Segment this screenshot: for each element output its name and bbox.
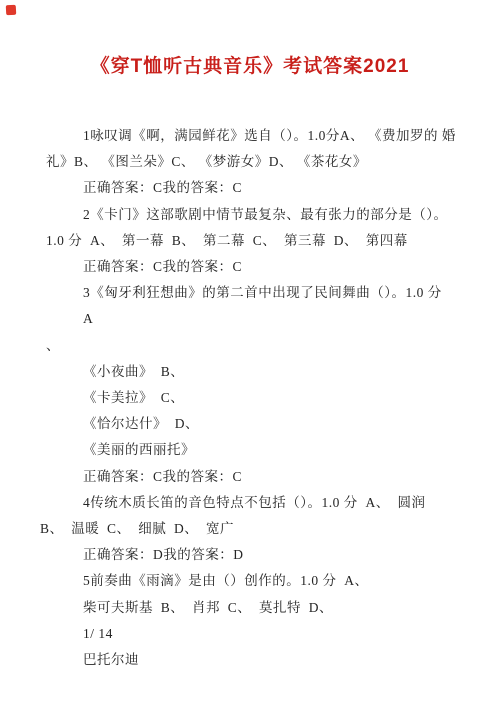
question-3-line: 3《匈牙利狂想曲》的第二首中出现了民间舞曲（）。1.0 分 A	[46, 280, 458, 332]
question-3-option-d-line: 《美丽的西丽托》	[46, 437, 458, 463]
question-4-options-line: B、 温暖 C、 细腻 D、 宽广	[40, 516, 458, 542]
question-3-wrap-line: 、	[46, 333, 458, 359]
question-1-wrap-line: 礼》B、 《图兰朵》C、 《梦游女》D、 《茶花女》	[46, 149, 458, 175]
answer-1-line: 正确答案：C我的答案：C	[46, 175, 458, 201]
document-body: 1咏叹调《啊，满园鲜花》选自（）。1.0分A、 《费加罗的 婚 礼》B、 《图兰…	[0, 123, 500, 673]
question-2-line: 2《卡门》这部歌剧中情节最复杂、最有张力的部分是（）。	[46, 202, 458, 228]
question-4-line: 4传统木质长笛的音色特点不包括（）。1.0 分 A、 圆润	[46, 490, 458, 516]
question-5-options-line: 柴可夫斯基 B、 肖邦 C、 莫扎特 D、	[46, 595, 458, 621]
page-number: 1/ 14	[46, 621, 458, 647]
question-5-option-d-text-line: 巴托尔迪	[46, 647, 458, 673]
question-3-option-b-line: 《卡美拉》 C、	[46, 385, 458, 411]
question-3-option-a-line: 《小夜曲》 B、	[46, 359, 458, 385]
question-3-option-c-line: 《恰尔达什》 D、	[46, 411, 458, 437]
document-page: 《穿T恤听古典音乐》考试答案2021 1咏叹调《啊，满园鲜花》选自（）。1.0分…	[0, 0, 500, 707]
red-corner-mark-icon	[6, 5, 17, 16]
answer-4-line: 正确答案：D我的答案：D	[46, 542, 458, 568]
answer-3-line: 正确答案：C我的答案：C	[46, 464, 458, 490]
question-5-line: 5前奏曲《雨滴》是由（）创作的。1.0 分 A、	[46, 568, 458, 594]
document-title: 《穿T恤听古典音乐》考试答案2021	[30, 53, 470, 81]
question-2-options-line: 1.0 分 A、 第一幕 B、 第二幕 C、 第三幕 D、 第四幕	[46, 228, 458, 254]
question-1-line: 1咏叹调《啊，满园鲜花》选自（）。1.0分A、 《费加罗的 婚	[46, 123, 458, 149]
answer-2-line: 正确答案：C我的答案：C	[46, 254, 458, 280]
